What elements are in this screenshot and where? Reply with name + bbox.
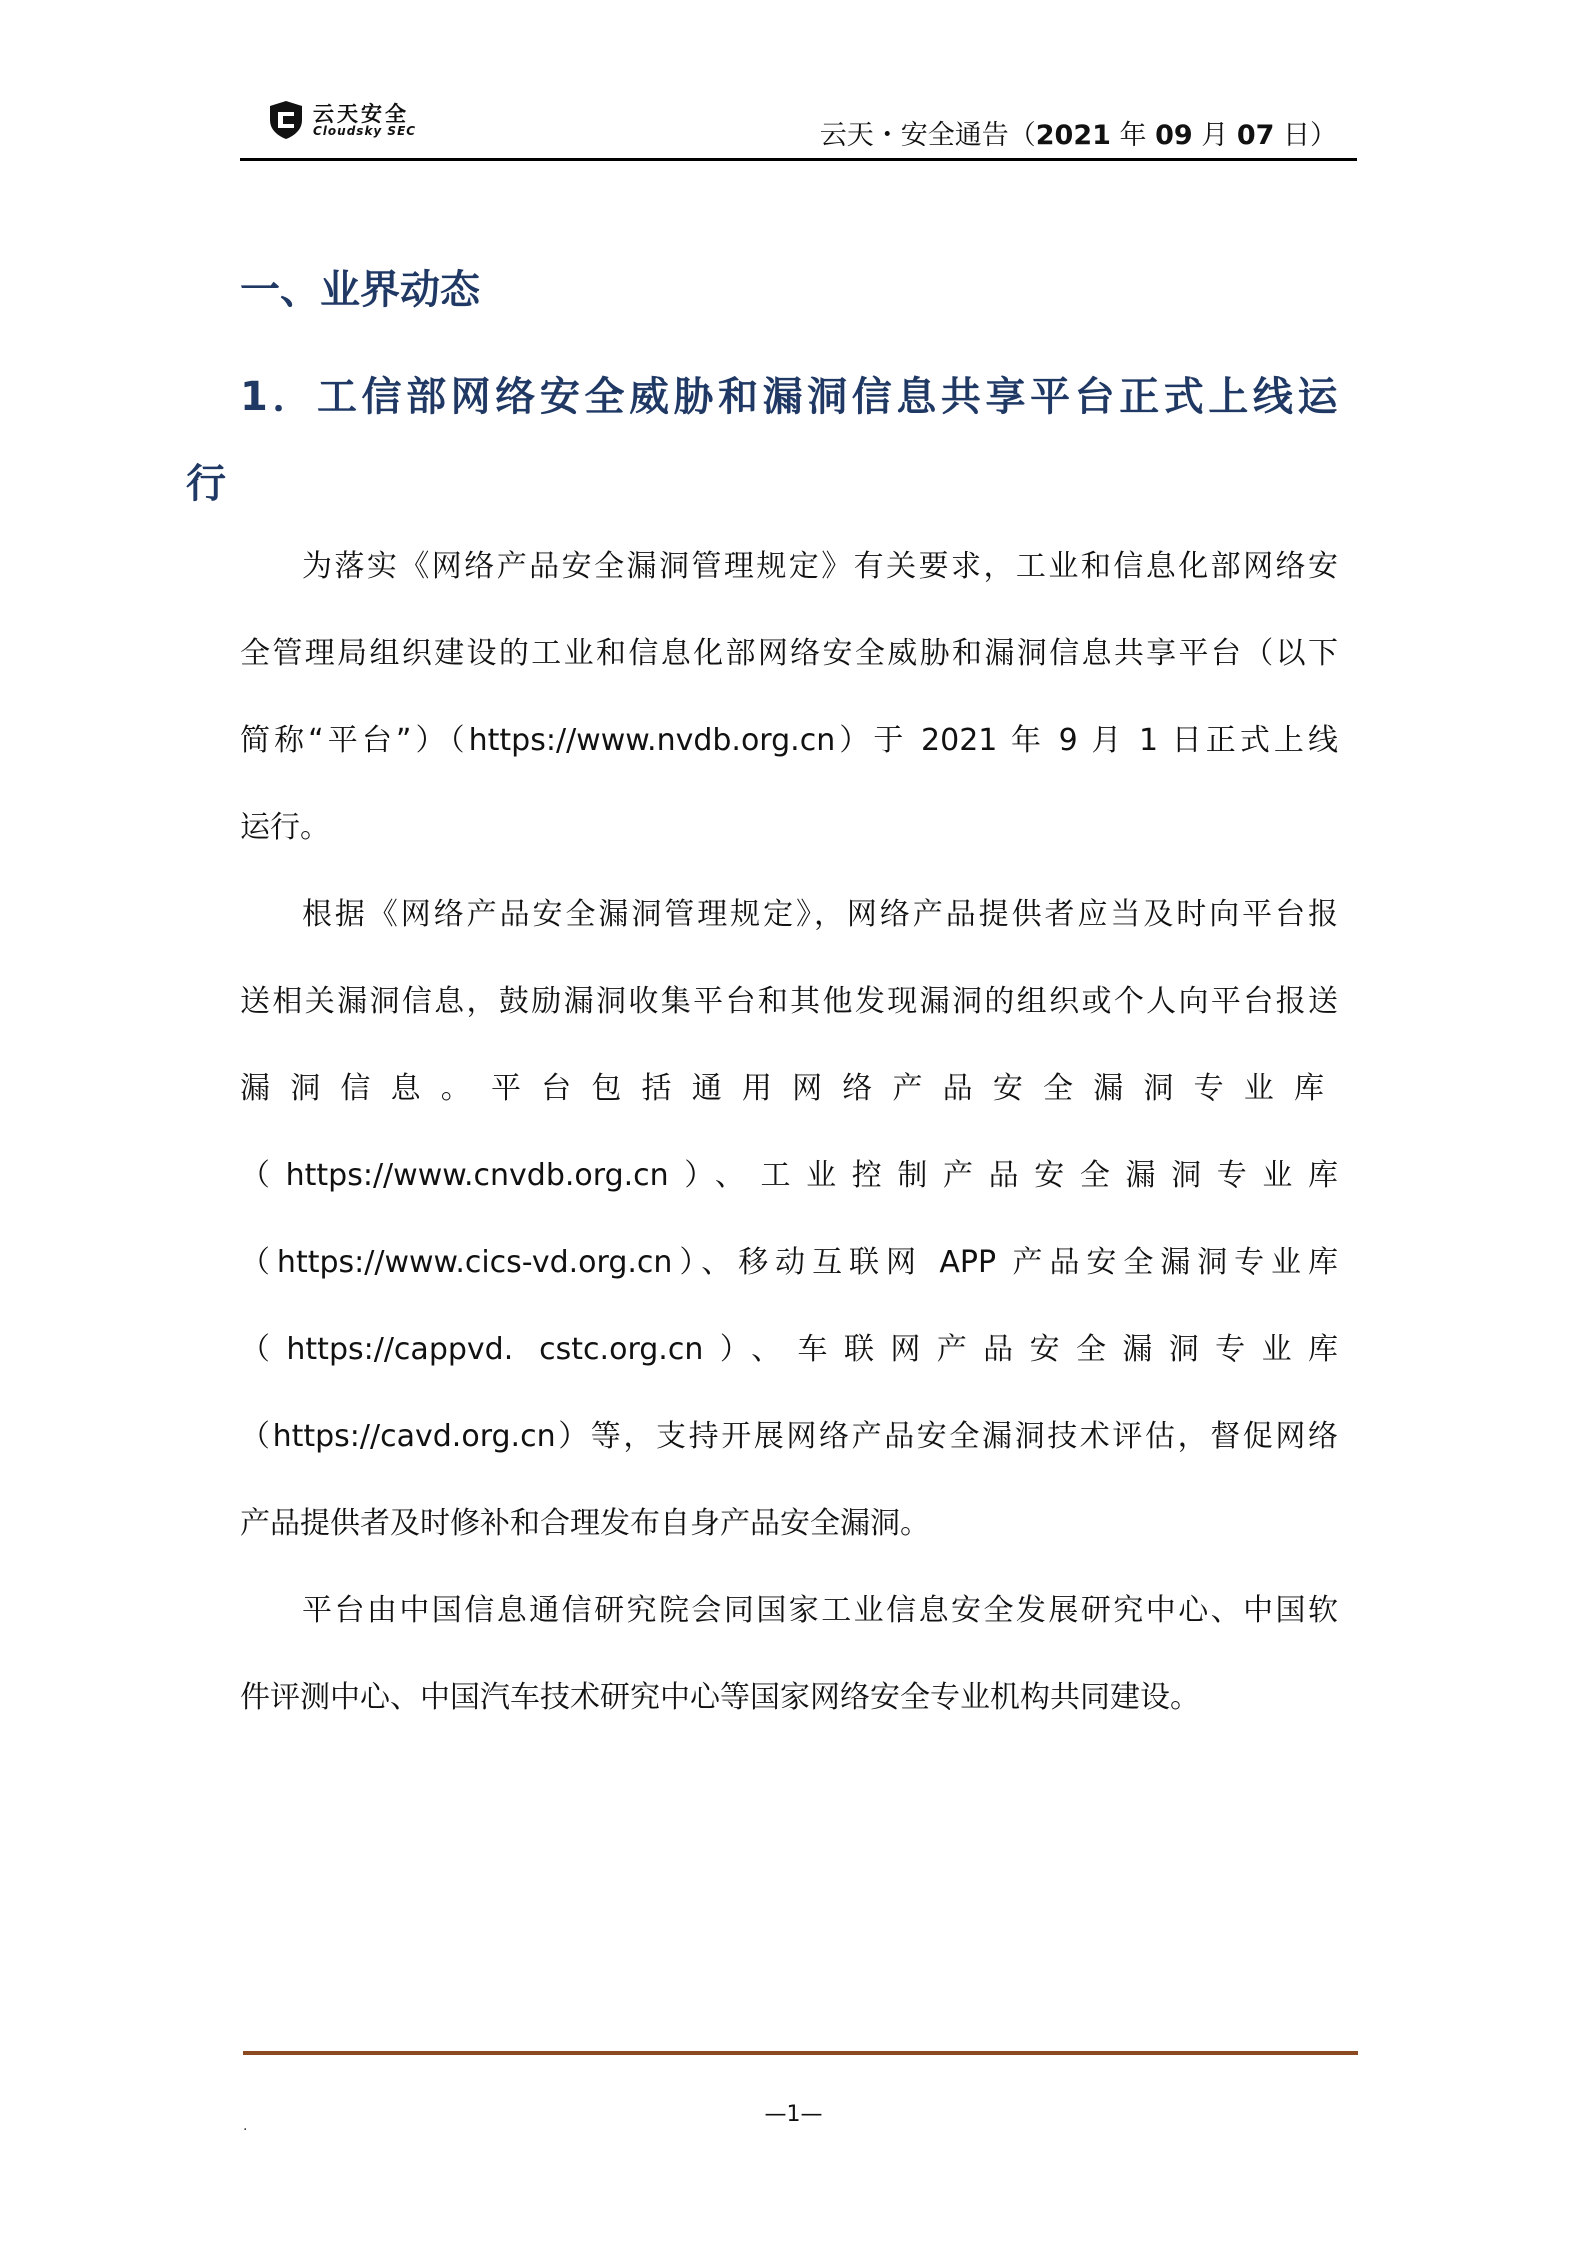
logo-name-en: Cloudsky SEC — [313, 124, 416, 138]
footer-divider — [243, 2051, 1358, 2055]
paragraph-line: （https://www.cics-vd.org.cn）、移动互联网 APP 产… — [240, 1243, 1338, 1283]
company-logo: 云天安全 Cloudsky SEC — [268, 96, 418, 144]
bulletin-day: 07 — [1237, 120, 1275, 151]
page-number: —1— — [0, 2102, 1587, 2127]
paragraph-line: 为落实《网络产品安全漏洞管理规定》有关要求，工业和信息化部网络安 — [302, 547, 1338, 587]
section-title: 一、业界动态 — [240, 258, 480, 315]
paragraph-line: 简称“平台”）（https://www.nvdb.org.cn）于 2021 年… — [240, 721, 1338, 761]
header-divider — [240, 158, 1357, 161]
paragraph-line: 漏洞信息。平台包括通用网络产品安全漏洞专业库 — [240, 1069, 1338, 1109]
bulletin-title-prefix: 云天・安全通告（ — [820, 120, 1036, 151]
paragraph-line: 全管理局组织建设的工业和信息化部网络安全威胁和漏洞信息共享平台（以下 — [240, 634, 1338, 674]
bulletin-month: 09 — [1155, 120, 1193, 151]
paragraph-line: 运行。 — [240, 808, 1338, 848]
article-title: 1．工信部网络安全威胁和漏洞信息共享平台正式上线运 — [240, 365, 1338, 422]
shield-c-icon — [268, 100, 304, 140]
paragraph-line: （https://www.cnvdb.org.cn）、工业控制产品安全漏洞专业库 — [240, 1156, 1338, 1196]
paragraph-line: 产品提供者及时修补和合理发布自身产品安全漏洞。 — [240, 1504, 1338, 1544]
day-unit: 日） — [1274, 120, 1337, 151]
bulletin-title: 云天・安全通告（2021 年 09 月 07 日） — [820, 113, 1337, 152]
article-title-continued: 行 — [186, 452, 226, 509]
year-unit: 年 — [1111, 120, 1155, 151]
paragraph-line: 平台由中国信息通信研究院会同国家工业信息安全发展研究中心、中国软 — [302, 1591, 1338, 1631]
paragraph-line: （https://cappvd. cstc.org.cn）、车联网产品安全漏洞专… — [240, 1330, 1338, 1370]
paragraph-line: 根据《网络产品安全漏洞管理规定》，网络产品提供者应当及时向平台报 — [302, 895, 1338, 935]
paragraph-line: 件评测中心、中国汽车技术研究中心等国家网络安全专业机构共同建设。 — [240, 1678, 1338, 1718]
bulletin-year: 2021 — [1036, 120, 1111, 151]
paragraph-line: 送相关漏洞信息，鼓励漏洞收集平台和其他发现漏洞的组织或个人向平台报送 — [240, 982, 1338, 1022]
paragraph-line: （https://cavd.org.cn）等，支持开展网络产品安全漏洞技术评估，… — [240, 1417, 1338, 1457]
month-unit: 月 — [1193, 120, 1237, 151]
